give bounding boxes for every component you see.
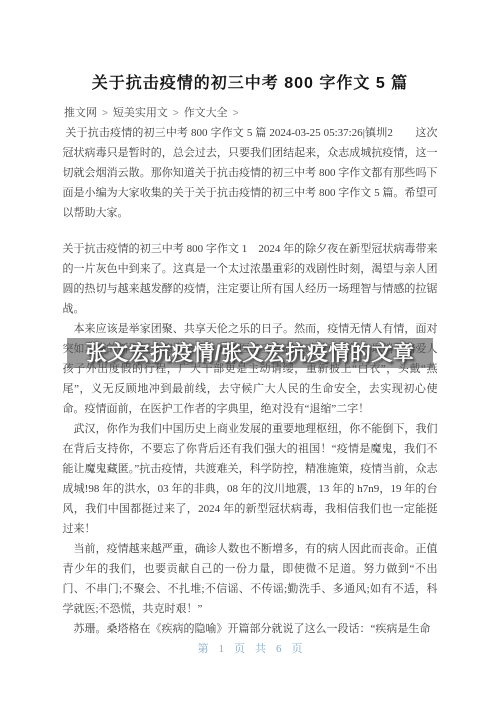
breadcrumb-link-home[interactable]: 推文网 [64,107,97,119]
breadcrumb: 推文网>短美实用文>作文大全> [64,106,500,121]
article-body: 关于抗击疫情的初三中考 800 字作文 5 篇 2024-03-25 05:37… [63,123,438,639]
chevron-right-icon: > [233,108,239,119]
author-name: 镇圳2 [365,127,393,139]
paragraph-essay1-body4-truncated: 苏珊。桑塔格在《疾病的隐喻》开篇部分就说了这么一段话：“疾病是生命 [63,619,438,639]
chevron-right-icon: > [102,108,108,119]
pagination-total-pages: 6 [276,643,282,655]
document-page: 关于抗击疫情的初三中考 800 字作文 5 篇 推文网>短美实用文>作文大全> … [0,0,500,706]
page-title: 关于抗击疫情的初三中考 800 字作文 5 篇 [0,0,500,94]
publish-datetime: 2024-03-25 05:37:26 [266,127,362,139]
intro-text: 这次冠状病毒只是暂时的，总会过去，只要我们团结起来，众志成城抗疫情，这一切就会烟… [63,127,438,219]
paragraph-essay1-body1: 本来应该是举家团聚、共享天伦之乐的日子。然而，疫情无情人有情，面对突如其来的新型… [63,319,438,419]
article-ref-title: 关于抗击疫情的初三中考 800 字作文 5 篇 [63,127,267,139]
chevron-right-icon: > [173,108,179,119]
paragraph-spacer [63,223,438,239]
paragraph-essay1-body2: 武汉，你作为我们中国历史上商业发展的重要地理枢纽，你不能倒下，我们在背后支持你，… [63,419,438,539]
pagination-label-unit: 页 [234,643,245,655]
pagination: 第1页共6页 [0,642,500,657]
pagination-label-total: 共 [255,643,266,655]
breadcrumb-link-category[interactable]: 短美实用文 [113,107,168,119]
paragraph-essay1-opening: 关于抗击疫情的初三中考 800 字作文 1 2024 年的除夕夜在新型冠状病毒带… [63,239,438,319]
pagination-label-page: 第 [198,643,209,655]
pagination-label-unit2: 页 [292,643,303,655]
paragraph-meta-intro: 关于抗击疫情的初三中考 800 字作文 5 篇 2024-03-25 05:37… [63,123,438,223]
breadcrumb-link-subcategory[interactable]: 作文大全 [184,107,228,119]
pagination-current-page: 1 [219,643,225,655]
paragraph-essay1-body3: 当前，疫情越来越严重，确诊人数也不断增多，有的病人因此而丧命。正值青少年的我们，… [63,539,438,619]
